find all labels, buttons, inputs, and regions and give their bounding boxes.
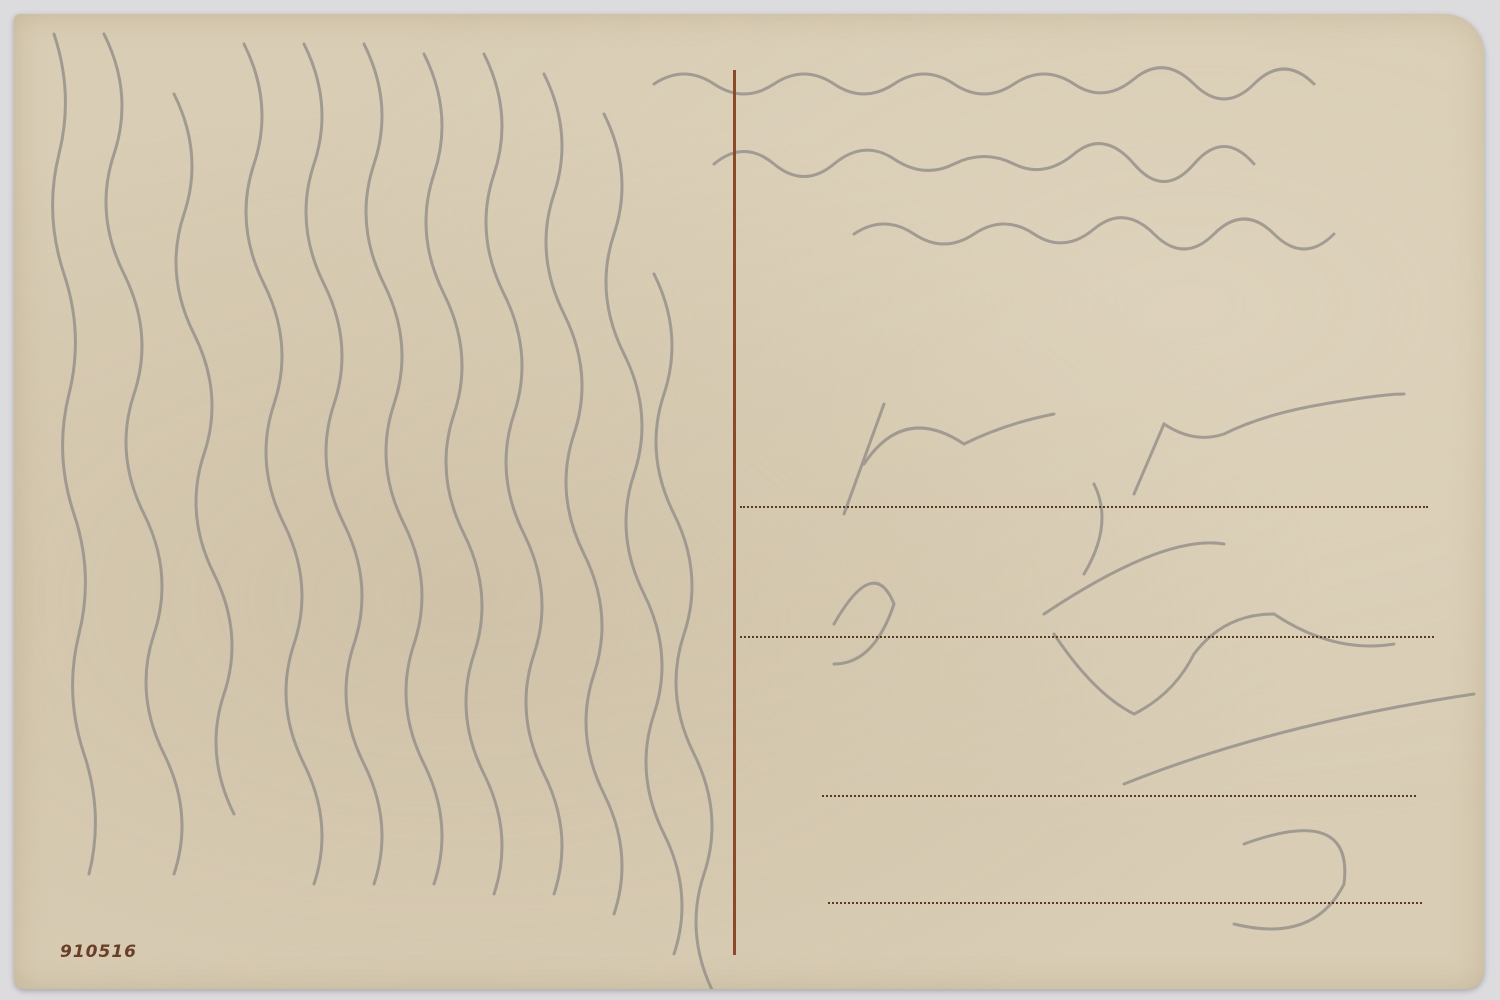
address-line-1 xyxy=(740,506,1428,508)
address-line-4 xyxy=(828,902,1422,904)
serial-number: 910516 xyxy=(60,942,137,962)
address-line-2 xyxy=(740,636,1434,638)
address-line-3 xyxy=(822,795,1416,797)
postcard-back: 910516 xyxy=(14,14,1484,989)
center-divider-line xyxy=(733,70,736,955)
pencil-handwriting xyxy=(14,14,1484,989)
